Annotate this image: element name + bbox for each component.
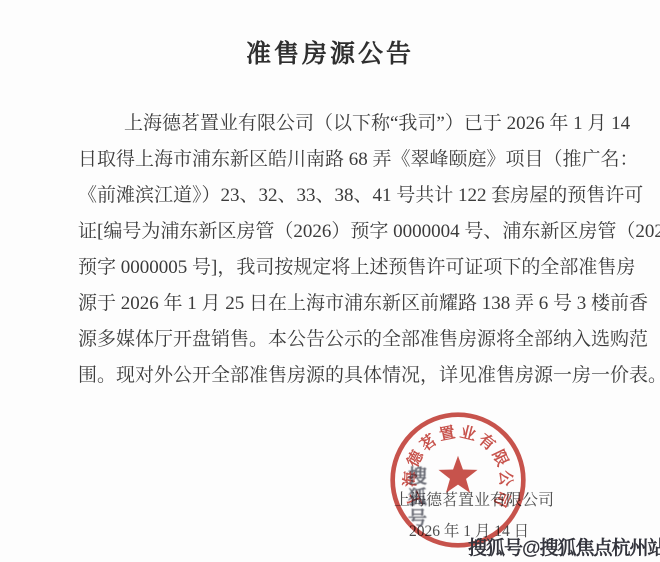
body-line: 围。现对外公开全部准售房源的具体情况，详见准售房源一房一价表。 (78, 358, 586, 394)
bottom-watermark: 搜狐号@搜狐焦点杭州站 (468, 533, 660, 560)
body-line: 预字 0000005 号]，我司按规定将上述预售许可证项下的全部准售房 (78, 250, 586, 286)
body-line: 证[编号为浦东新区房管（2026）预字 0000004 号、浦东新区房管（202… (78, 214, 586, 250)
seal-star-icon (438, 456, 477, 493)
side-watermark: 搜狐号 (402, 466, 429, 529)
body-line: 源多媒体厅开盘销售。本公告公示的全部准售房源将全部纳入选购范 (78, 322, 586, 358)
announcement-page: 准售房源公告 上海德茗置业有限公司（以下称“我司”）已于 2026 年 1 月 … (0, 0, 660, 562)
body-line: 《前滩滨江道》）23、32、33、38、41 号共计 122 套房屋的预售许可 (78, 178, 586, 214)
body-line: 日取得上海市浦东新区皓川南路 68 弄《翠峰颐庭》项目（推广名： (78, 142, 586, 178)
body-line: 上海德茗置业有限公司（以下称“我司”）已于 2026 年 1 月 14 (78, 106, 586, 142)
body-line: 源于 2026 年 1 月 25 日在上海市浦东新区前耀路 138 弄 6 号 … (78, 286, 586, 322)
announcement-body: 上海德茗置业有限公司（以下称“我司”）已于 2026 年 1 月 14 日取得上… (78, 106, 586, 394)
page-title: 准售房源公告 (0, 34, 660, 70)
